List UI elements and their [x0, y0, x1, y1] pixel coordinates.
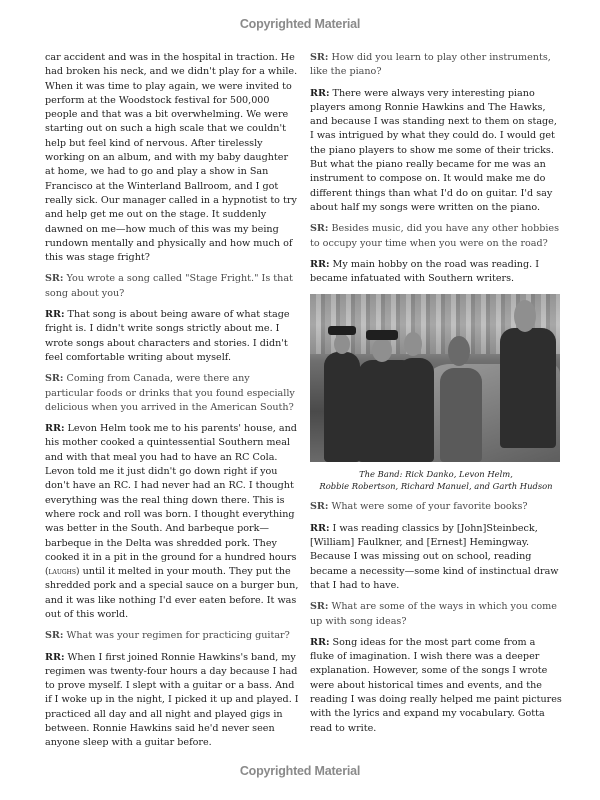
photo-caption: The Band: Rick Danko, Levon Helm, Robbie…: [310, 468, 562, 492]
answer-paragraph-continued: car accident and was in the hospital in …: [45, 51, 300, 265]
speaker-label: RR:: [45, 423, 65, 434]
speaker-label: SR:: [310, 52, 328, 63]
photo-figure: [324, 352, 360, 462]
speaker-label: SR:: [45, 373, 63, 384]
answer-text: That song is about being aware of what s…: [45, 309, 290, 363]
caption-line-2: Robbie Robertson, Richard Manuel, and Ga…: [310, 480, 562, 492]
answer-text: Song ideas for the most part come from a…: [310, 637, 562, 734]
answer-guitar-regimen: RR: When I first joined Ronnie Hawkins's…: [45, 651, 300, 751]
answer-text: My main hobby on the road was reading. I…: [310, 259, 539, 284]
speaker-label: SR:: [45, 273, 63, 284]
photo-figure-hat: [366, 330, 398, 340]
stage-direction-laughs: (laughs): [45, 567, 80, 577]
speaker-label: RR:: [310, 637, 330, 648]
answer-text: When I first joined Ronnie Hawkins's ban…: [45, 652, 299, 749]
question-guitar-regimen: SR: What was your regimen for practicing…: [45, 629, 300, 643]
question-text: What were some of your favorite books?: [328, 501, 527, 512]
answer-southern-food: RR: Levon Helm took me to his parents' h…: [45, 422, 300, 622]
answer-song-ideas: RR: Song ideas for the most part come fr…: [310, 636, 562, 736]
question-text: What was your regimen for practicing gui…: [63, 630, 289, 641]
answer-text: Levon Helm took me to his parents' house…: [45, 423, 297, 563]
answer-stage-fright: RR: That song is about being aware of wh…: [45, 308, 300, 365]
photo-figure-head: [448, 336, 470, 366]
speaker-label: RR:: [45, 309, 65, 320]
speaker-label: SR:: [45, 630, 63, 641]
caption-line-1: The Band: Rick Danko, Levon Helm,: [310, 468, 562, 480]
photo-figure: [440, 368, 482, 462]
answer-text: I was reading classics by [John]Steinbec…: [310, 523, 559, 591]
question-stage-fright: SR: You wrote a song called "Stage Frigh…: [45, 272, 300, 301]
question-song-ideas: SR: What are some of the ways in which y…: [310, 600, 562, 629]
copyright-watermark-top: Copyrighted Material: [0, 17, 600, 31]
speaker-label: SR:: [310, 223, 328, 234]
question-text: How did you learn to play other instrume…: [310, 52, 551, 77]
question-southern-food: SR: Coming from Canada, were there any p…: [45, 372, 300, 415]
speaker-label: RR:: [45, 652, 65, 663]
question-text: What are some of the ways in which you c…: [310, 601, 557, 626]
answer-text: There were always very interesting piano…: [310, 88, 557, 213]
question-text: Coming from Canada, were there any parti…: [45, 373, 295, 413]
question-other-instruments: SR: How did you learn to play other inst…: [310, 51, 562, 80]
speaker-label: SR:: [310, 501, 328, 512]
photo-figure: [398, 358, 434, 462]
photo-figure: [500, 328, 556, 448]
answer-favorite-books: RR: I was reading classics by [John]Stei…: [310, 522, 562, 593]
left-column: car accident and was in the hospital in …: [45, 51, 300, 758]
answer-text: until it melted in your mouth. They put …: [45, 566, 298, 620]
copyright-watermark-bottom: Copyrighted Material: [0, 764, 600, 778]
question-text: Besides music, did you have any other ho…: [310, 223, 559, 248]
question-favorite-books: SR: What were some of your favorite book…: [310, 500, 562, 514]
question-text: You wrote a song called "Stage Fright." …: [45, 273, 293, 298]
speaker-label: RR:: [310, 259, 330, 270]
question-hobbies: SR: Besides music, did you have any othe…: [310, 222, 562, 251]
speaker-label: SR:: [310, 601, 328, 612]
band-photo: [310, 294, 560, 462]
answer-hobbies: RR: My main hobby on the road was readin…: [310, 258, 562, 287]
photo-figure-hat: [328, 326, 356, 335]
photo-figure-head: [372, 338, 392, 362]
right-column: SR: How did you learn to play other inst…: [310, 51, 562, 743]
answer-other-instruments: RR: There were always very interesting p…: [310, 87, 562, 216]
speaker-label: RR:: [310, 88, 330, 99]
speaker-label: RR:: [310, 523, 330, 534]
